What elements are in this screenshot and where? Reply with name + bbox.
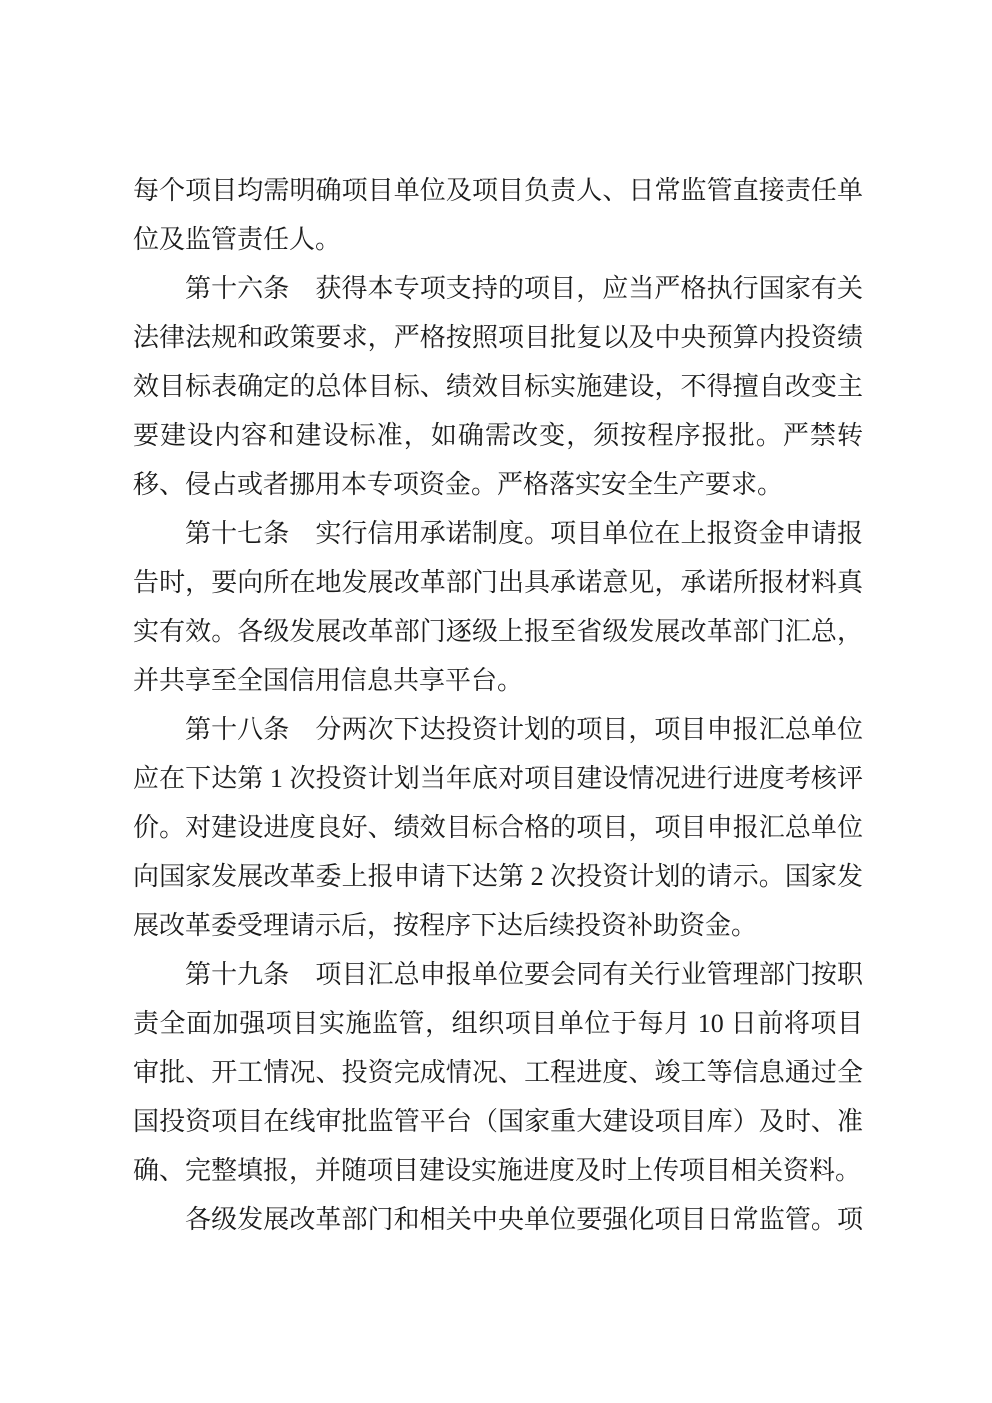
- text-line: 确、完整填报，并随项目建设实施进度及时上传项目相关资料。: [133, 1146, 863, 1195]
- paragraph-article-19: 第十九条 项目汇总申报单位要会同有关行业管理部门按职责全面加强项目实施监管，组织…: [133, 950, 863, 1195]
- text-line: 第十六条 获得本专项支持的项目，应当严格执行国家有关: [133, 264, 863, 313]
- text-line: 法律法规和政策要求，严格按照项目批复以及中央预算内投资绩: [133, 313, 863, 362]
- text-line: 展改革委受理请示后，按程序下达后续投资补助资金。: [133, 901, 863, 950]
- text-line: 第十九条 项目汇总申报单位要会同有关行业管理部门按职: [133, 950, 863, 999]
- text-line: 各级发展改革部门和相关中央单位要强化项目日常监管。项: [133, 1195, 863, 1244]
- text-line: 每个项目均需明确项目单位及项目负责人、日常监管直接责任单: [133, 166, 863, 215]
- text-line: 向国家发展改革委上报申请下达第 2 次投资计划的请示。国家发: [133, 852, 863, 901]
- text-line: 要建设内容和建设标准，如确需改变，须按程序报批。严禁转: [133, 411, 863, 460]
- paragraph-article-17: 第十七条 实行信用承诺制度。项目单位在上报资金申请报告时，要向所在地发展改革部门…: [133, 509, 863, 705]
- text-line: 移、侵占或者挪用本专项资金。严格落实安全生产要求。: [133, 460, 863, 509]
- text-line: 第十八条 分两次下达投资计划的项目，项目申报汇总单位: [133, 705, 863, 754]
- document-page: 每个项目均需明确项目单位及项目负责人、日常监管直接责任单位及监管责任人。第十六条…: [0, 0, 992, 1403]
- paragraph-article-19-continued: 各级发展改革部门和相关中央单位要强化项目日常监管。项: [133, 1195, 863, 1244]
- text-line: 实有效。各级发展改革部门逐级上报至省级发展改革部门汇总，: [133, 607, 863, 656]
- document-body: 每个项目均需明确项目单位及项目负责人、日常监管直接责任单位及监管责任人。第十六条…: [133, 166, 863, 1244]
- text-line: 位及监管责任人。: [133, 215, 863, 264]
- text-line: 审批、开工情况、投资完成情况、工程进度、竣工等信息通过全: [133, 1048, 863, 1097]
- text-line: 并共享至全国信用信息共享平台。: [133, 656, 863, 705]
- text-line: 告时，要向所在地发展改革部门出具承诺意见，承诺所报材料真: [133, 558, 863, 607]
- paragraph-article-18: 第十八条 分两次下达投资计划的项目，项目申报汇总单位应在下达第 1 次投资计划当…: [133, 705, 863, 950]
- paragraph-continuation: 每个项目均需明确项目单位及项目负责人、日常监管直接责任单位及监管责任人。: [133, 166, 863, 264]
- text-line: 责全面加强项目实施监管，组织项目单位于每月 10 日前将项目的: [133, 999, 863, 1048]
- paragraph-article-16: 第十六条 获得本专项支持的项目，应当严格执行国家有关法律法规和政策要求，严格按照…: [133, 264, 863, 509]
- text-line: 第十七条 实行信用承诺制度。项目单位在上报资金申请报: [133, 509, 863, 558]
- text-line: 价。对建设进度良好、绩效目标合格的项目，项目申报汇总单位: [133, 803, 863, 852]
- text-line: 效目标表确定的总体目标、绩效目标实施建设，不得擅自改变主: [133, 362, 863, 411]
- text-line: 国投资项目在线审批监管平台（国家重大建设项目库）及时、准: [133, 1097, 863, 1146]
- text-line: 应在下达第 1 次投资计划当年底对项目建设情况进行进度考核评: [133, 754, 863, 803]
